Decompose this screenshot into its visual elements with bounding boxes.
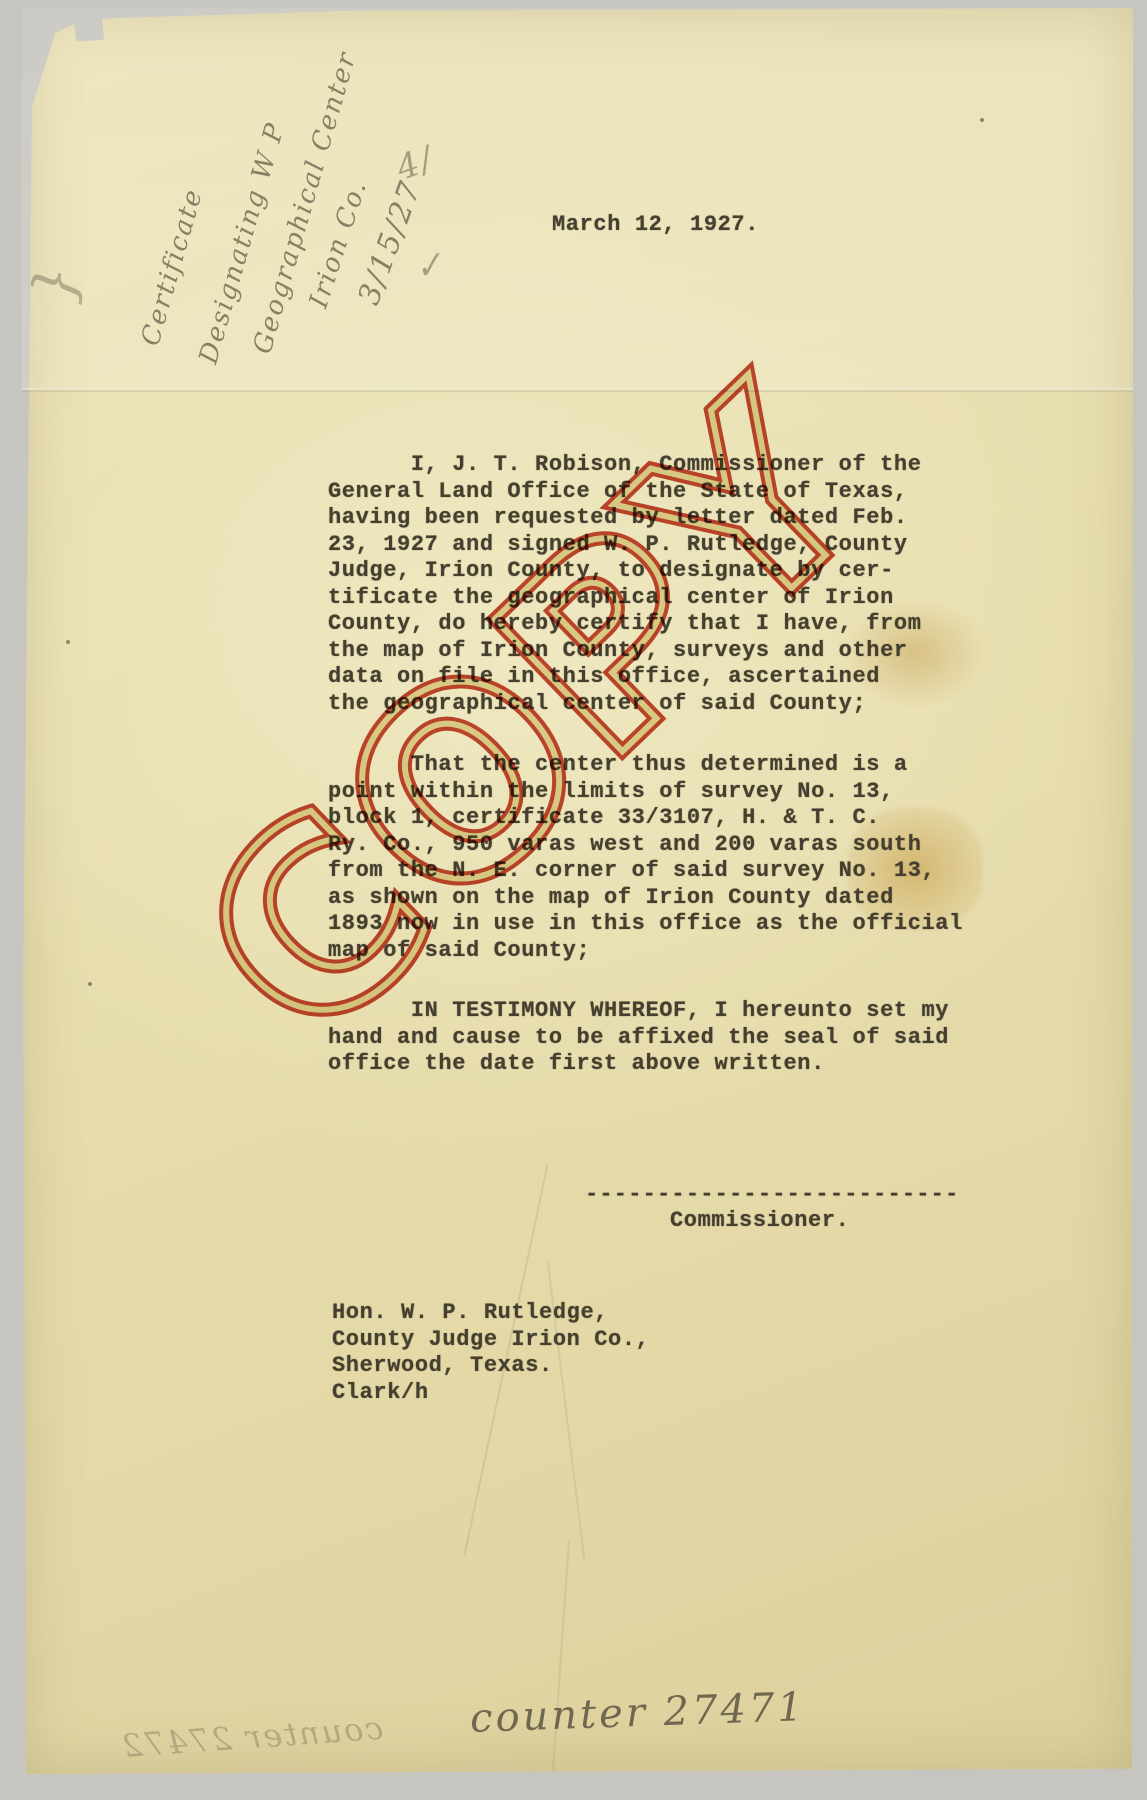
address-line-1: Hon. W. P. Rutledge, [332,1300,608,1325]
letter-date: March 12, 1927. [552,212,759,239]
letter-paragraph-3: IN TESTIMONY WHEREOF, I hereunto set my … [328,998,949,1078]
address-line-3: Sherwood, Texas. [332,1353,553,1378]
signature-title: Commissioner. [670,1208,849,1235]
address-line-2: County Judge Irion Co., [332,1327,649,1352]
letter-paragraph-1: I, J. T. Robison, Commissioner of the Ge… [328,452,922,717]
recipient-address-block: Hon. W. P. Rutledge, County Judge Irion … [332,1300,649,1406]
letter-paragraph-2: That the center thus determined is a poi… [328,752,963,964]
signature-line: -------------------------- [585,1182,959,1209]
address-line-4: Clark/h [332,1380,429,1405]
